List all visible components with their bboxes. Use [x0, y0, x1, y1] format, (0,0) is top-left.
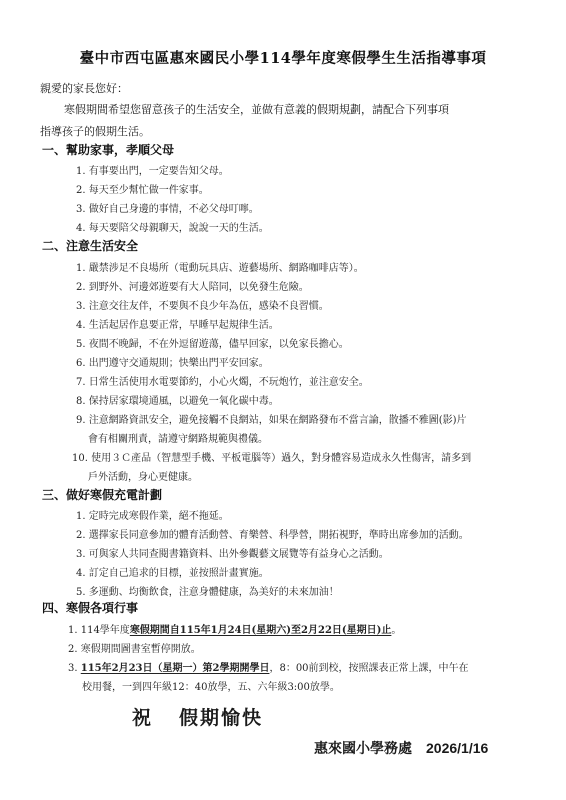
greeting: 親愛的家長您好： — [40, 80, 128, 96]
list-item: 2. 每天至少幫忙做一件家事。 — [76, 181, 209, 196]
list-item: 4. 生活起居作息要正常，早睡早起規律生活。 — [76, 316, 279, 331]
list-item: 1. 嚴禁涉足不良場所（電動玩具店、遊藝場所、網路咖啡店等）。 — [76, 259, 364, 274]
list-item: 3. 做好自己身邊的事情，不必父母叮嚀。 — [76, 200, 259, 215]
list-item: 6. 出門遵守交通規則；快樂出門平安回家。 — [76, 354, 269, 369]
list-item-continuation: 會有相關刑責，請遵守網路規範與禮儀。 — [88, 430, 268, 445]
list-item: 4. 每天要陪父母親聊天，說說一天的生活。 — [76, 219, 269, 234]
closing-prefix: 祝 — [132, 707, 153, 729]
intro-paragraph: 寒假期間希望您留意孩子的生活安全，並做有意義的假期規劃，請配合下列事項 指導孩子… — [40, 99, 530, 143]
list-item: 2. 到野外、河邊郊遊要有大人陪同，以免發生危險。 — [76, 278, 309, 293]
list-item: 4. 訂定自己追求的目標，並按照計畫實施。 — [76, 564, 269, 579]
item-suffix: ，8：00前到校，按照課表正常上課，中午在 — [269, 663, 468, 674]
intro-line-2: 指導孩子的假期生活。 — [40, 125, 150, 138]
closing-text: 假期愉快 — [179, 707, 263, 729]
list-item: 1. 定時完成寒假作業，絕不拖延。 — [76, 507, 229, 522]
list-item: 8. 保持居家環境通風，以避免一氧化碳中毒。 — [76, 392, 279, 407]
section-heading-3: 三、做好寒假充電計劃 — [42, 486, 162, 503]
list-item: 7. 日常生活使用水電要節約，小心火燭，不玩炮竹，並注意安全。 — [76, 373, 369, 388]
list-item: 3. 注意交往友伴，不要與不良少年為伍，感染不良習慣。 — [76, 297, 329, 312]
semester-start-date: 115年2月23日（星期一）第2學期開學日 — [81, 663, 270, 674]
list-item: 1. 有事要出門，一定要告知父母。 — [76, 162, 229, 177]
section-heading-1: 一、幫助家事，孝順父母 — [42, 141, 174, 158]
closing-wish: 祝假期愉快 — [132, 703, 263, 730]
intro-line-1: 寒假期間希望您留意孩子的生活安全，並做有意義的假期規劃，請配合下列事項 — [64, 103, 449, 116]
list-item-continuation: 戶外活動，身心更健康。 — [88, 468, 198, 483]
signature-date: 2026/1/16 — [426, 740, 488, 756]
item-prefix: 1. 114學年度 — [68, 625, 130, 636]
list-item-continuation: 校用餐，一到四年級12：40放學，五、六年級3:00放學。 — [82, 678, 340, 693]
signature-office: 惠來國小學務處 — [314, 741, 412, 757]
item-suffix: 。 — [391, 625, 401, 636]
list-item: 1. 114學年度寒假期間自115年1月24日(星期六)至2月22日(星期日)止… — [68, 621, 401, 636]
list-item: 2. 選擇家長同意參加的體育活動營、育樂營、科學營，開拓視野，準時出席參加的活動… — [76, 526, 469, 541]
document-title: 臺中市西屯區惠來國民小學114學年度寒假學生生活指導事項 — [0, 47, 566, 68]
list-item: 5. 夜間不晚歸，不在外逗留遊蕩，儘早回家，以免家長擔心。 — [76, 335, 349, 350]
list-item: 9. 注意網路資訊安全，避免接觸不良網站，如果在網路發布不當言論，散播不雅圖(影… — [76, 411, 467, 426]
signature-block: 惠來國小學務處2026/1/16 — [314, 738, 488, 758]
document-page: 臺中市西屯區惠來國民小學114學年度寒假學生生活指導事項 親愛的家長您好： 寒假… — [0, 0, 566, 800]
winter-break-dates: 寒假期間自115年1月24日(星期六)至2月22日(星期日)止 — [130, 625, 392, 636]
list-item: 2. 寒假期間圖書室暫停開放。 — [68, 640, 201, 655]
list-item: 5. 多運動、均衡飲食，注意身體健康，為美好的未來加油！ — [76, 583, 339, 598]
section-heading-4: 四、寒假各項行事 — [42, 599, 138, 616]
section-heading-2: 二、注意生活安全 — [42, 237, 138, 254]
list-item: 10. 使用３Ｃ產品（智慧型手機、平板電腦等）過久，對身體容易造成永久性傷害，請… — [72, 449, 471, 464]
item-prefix: 3. — [68, 663, 81, 674]
list-item: 3. 115年2月23日（星期一）第2學期開學日，8：00前到校，按照課表正常上… — [68, 659, 469, 674]
list-item: 3. 可與家人共同查閱書籍資料、出外參觀藝文展覽等有益身心之活動。 — [76, 545, 389, 560]
